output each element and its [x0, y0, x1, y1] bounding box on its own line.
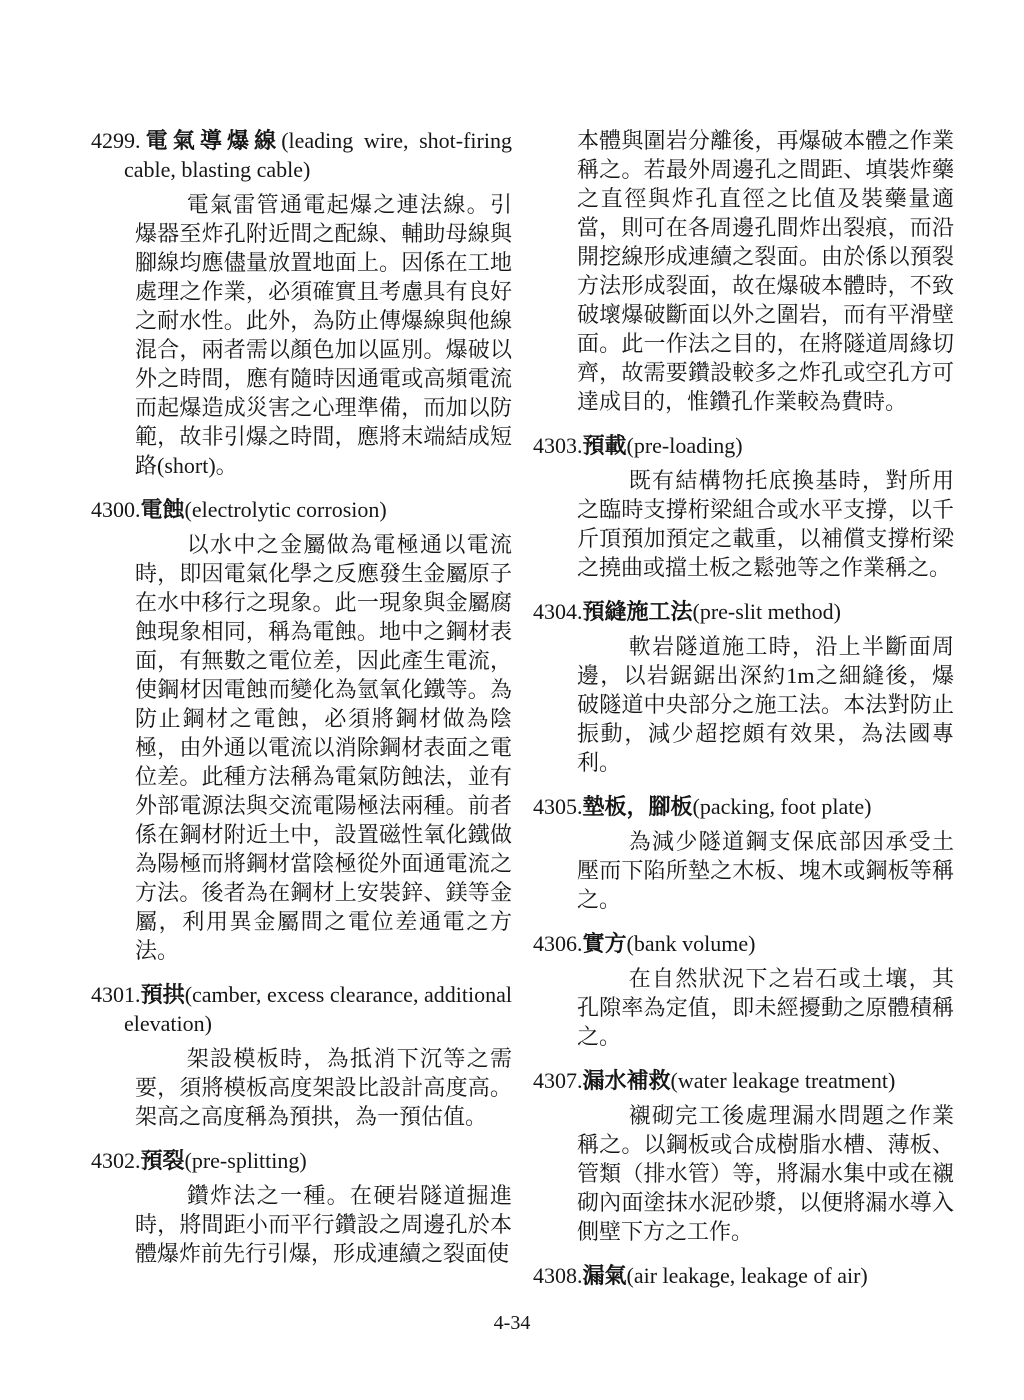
glossary-entry-4304: 4304.預縫施工法(pre-slit method)軟岩隧道施工時，沿上半斷面…	[533, 597, 954, 777]
right-column: 本體與圍岩分離後，再爆破本體之作業稱之。若最外周邊孔之間距、填裝炸藥之直徑與炸孔…	[533, 126, 954, 1290]
entry-number: 4307.	[533, 1068, 583, 1093]
entry-number: 4303.	[533, 433, 583, 458]
definition-paragraph: 電氣雷管通電起爆之連法線。引爆器至炸孔附近間之配線、輔助母線與腳線均應儘量放置地…	[135, 190, 512, 480]
entry-heading: 4301.預拱(camber, excess clearance, additi…	[91, 980, 512, 1038]
entry-term: 墊板，腳板	[583, 794, 693, 819]
entry-heading: 4306.實方(bank volume)	[533, 929, 954, 958]
entry-heading: 4303.預載(pre-loading)	[533, 431, 954, 460]
entry-heading: 4304.預縫施工法(pre-slit method)	[533, 597, 954, 626]
left-column: 4299.電氣導爆線(leading wire, shot-firing cab…	[91, 126, 512, 1268]
entry-term: 實方	[583, 931, 627, 956]
continuation-paragraph: 本體與圍岩分離後，再爆破本體之作業稱之。若最外周邊孔之間距、填裝炸藥之直徑與炸孔…	[577, 126, 954, 416]
entry-translation: (water leakage treatment)	[671, 1068, 896, 1093]
definition-paragraph: 鑽炸法之一種。在硬岩隧道掘進時，將間距小而平行鑽設之周邊孔於本體爆炸前先行引爆，…	[135, 1181, 512, 1268]
entry-number: 4305.	[533, 794, 583, 819]
definition-paragraph: 以水中之金屬做為電極通以電流時，即因電氣化學之反應發生金屬原子在水中移行之現象。…	[135, 530, 512, 965]
glossary-entry-4305: 4305.墊板，腳板(packing, foot plate)為減少隧道鋼支保底…	[533, 792, 954, 914]
glossary-entry-4308: 4308.漏氣(air leakage, leakage of air)	[533, 1261, 954, 1290]
entry-heading: 4308.漏氣(air leakage, leakage of air)	[533, 1261, 954, 1290]
entry-heading: 4307.漏水補救(water leakage treatment)	[533, 1066, 954, 1095]
entry-term: 電氣導爆線	[141, 128, 282, 153]
glossary-entry-4300: 4300.電蝕(electrolytic corrosion)以水中之金屬做為電…	[91, 495, 512, 965]
glossary-entry-4299: 4299.電氣導爆線(leading wire, shot-firing cab…	[91, 126, 512, 480]
entry-translation: (bank volume)	[627, 931, 756, 956]
entry-number: 4302.	[91, 1148, 141, 1173]
entry-number: 4299.	[91, 128, 141, 153]
entry-term: 漏水補救	[583, 1068, 671, 1093]
entry-term: 預裂	[141, 1148, 185, 1173]
entry-translation: (pre-loading)	[627, 433, 743, 458]
definition-paragraph: 架設模板時，為抵消下沉等之需要，須將模板高度架設比設計高度高。架高之高度稱為預拱…	[135, 1044, 512, 1131]
glossary-entry-4301: 4301.預拱(camber, excess clearance, additi…	[91, 980, 512, 1131]
entry-term: 預載	[583, 433, 627, 458]
entry-number: 4300.	[91, 497, 141, 522]
glossary-entry-4302: 4302.預裂(pre-splitting)鑽炸法之一種。在硬岩隧道掘進時，將間…	[91, 1146, 512, 1268]
definition-paragraph: 襯砌完工後處理漏水問題之作業稱之。以鋼板或合成樹脂水槽、薄板、管類（排水管）等，…	[577, 1101, 954, 1246]
entry-term: 漏氣	[583, 1263, 627, 1288]
entry-number: 4308.	[533, 1263, 583, 1288]
definition-paragraph: 軟岩隧道施工時，沿上半斷面周邊，以岩鋸鋸出深約1m之細縫後，爆破隧道中央部分之施…	[577, 632, 954, 777]
entry-translation: (pre-splitting)	[185, 1148, 307, 1173]
entry-number: 4301.	[91, 982, 141, 1007]
definition-paragraph: 為減少隧道鋼支保底部因承受土壓而下陷所墊之木板、塊木或鋼板等稱之。	[577, 827, 954, 914]
entry-heading: 4300.電蝕(electrolytic corrosion)	[91, 495, 512, 524]
glossary-entry-4307: 4307.漏水補救(water leakage treatment)襯砌完工後處…	[533, 1066, 954, 1246]
entry-translation: (packing, foot plate)	[693, 794, 872, 819]
entry-heading: 4299.電氣導爆線(leading wire, shot-firing cab…	[91, 126, 512, 184]
entry-translation: (pre-slit method)	[693, 599, 841, 624]
definition-paragraph: 在自然狀況下之岩石或土壤，其孔隙率為定值，即未經擾動之原體積稱之。	[577, 964, 954, 1051]
page-number: 4-34	[0, 1312, 1024, 1335]
glossary-entry-4303: 4303.預載(pre-loading)既有結構物托底換基時，對所用之臨時支撐桁…	[533, 431, 954, 582]
document-page: 4299.電氣導爆線(leading wire, shot-firing cab…	[0, 0, 1024, 1400]
two-column-layout: 4299.電氣導爆線(leading wire, shot-firing cab…	[91, 126, 954, 1290]
entry-translation: (air leakage, leakage of air)	[627, 1263, 868, 1288]
entry-heading: 4302.預裂(pre-splitting)	[91, 1146, 512, 1175]
entry-term: 預拱	[141, 982, 185, 1007]
definition-paragraph: 既有結構物托底換基時，對所用之臨時支撐桁梁組合或水平支撐，以千斤頂預加預定之載重…	[577, 466, 954, 582]
entry-term: 電蝕	[141, 497, 185, 522]
entry-number: 4304.	[533, 599, 583, 624]
entry-heading: 4305.墊板，腳板(packing, foot plate)	[533, 792, 954, 821]
entry-number: 4306.	[533, 931, 583, 956]
glossary-entry-4306: 4306.實方(bank volume)在自然狀況下之岩石或土壤，其孔隙率為定值…	[533, 929, 954, 1051]
entry-term: 預縫施工法	[583, 599, 693, 624]
entry-translation: (electrolytic corrosion)	[185, 497, 387, 522]
